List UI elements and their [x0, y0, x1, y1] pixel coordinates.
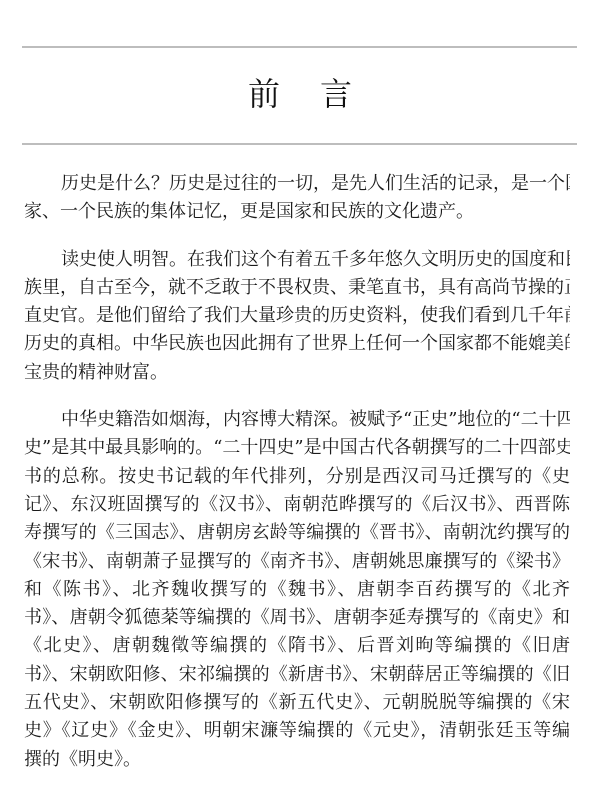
text-line: 书》、唐朝令狐德棻等编撰的《周书》、唐朝李延寿撰写的《南史》和: [24, 604, 570, 632]
text-line: 读史使人明智。在我们这个有着五千多年悠久文明历史的国度和民: [24, 246, 570, 274]
text-line: 《宋书》、南朝萧子显撰写的《南齐书》、唐朝姚思廉撰写的《梁书》: [24, 548, 570, 576]
text-line: 记》、东汉班固撰写的《汉书》、南朝范晔撰写的《后汉书》、西晋陈: [24, 491, 570, 519]
text-line: 书的总称。按史书记载的年代排列，分别是西汉司马迁撰写的《史: [24, 463, 570, 491]
text-line: 宝贵的精神财富。: [24, 359, 570, 387]
text-line: 中华史籍浩如烟海，内容博大精深。被赋予“正史”地位的“二十四: [24, 406, 570, 434]
text-line: 直史官。是他们留给了我们大量珍贵的历史资料，使我们看到几千年前: [24, 302, 570, 330]
text-line: 寿撰写的《三国志》、唐朝房玄龄等编撰的《晋书》、南朝沈约撰写的: [24, 519, 570, 547]
text-line: 书》、宋朝欧阳修、宋祁编撰的《新唐书》、宋朝薛居正等编撰的《旧: [24, 661, 570, 689]
title-char-2: 言: [320, 72, 352, 116]
paragraph-3: 中华史籍浩如烟海，内容博大精深。被赋予“正史”地位的“二十四 史”是其中最具影响…: [24, 406, 570, 774]
title-char-1: 前: [248, 72, 280, 116]
bottom-divider-rule: [22, 143, 577, 145]
text-line: 历史是什么？历史是过往的一切，是先人们生活的记录，是一个国: [24, 170, 570, 198]
paragraph-2: 读史使人明智。在我们这个有着五千多年悠久文明历史的国度和民 族里，自古至今，就不…: [24, 246, 570, 387]
text-line: 撰的《明史》。: [24, 746, 570, 774]
text-line: 史”是其中最具影响的。“二十四史”是中国古代各朝撰写的二十四部史: [24, 434, 570, 462]
text-line: 历史的真相。中华民族也因此拥有了世界上任何一个国家都不能媲美的: [24, 330, 570, 358]
paragraph-1: 历史是什么？历史是过往的一切，是先人们生活的记录，是一个国 家、一个民族的集体记…: [24, 170, 570, 227]
text-line: 族里，自古至今，就不乏敢于不畏权贵、秉笔直书，具有高尚节操的正: [24, 274, 570, 302]
top-divider-rule: [22, 46, 577, 48]
text-line: 《北史》、唐朝魏徵等编撰的《隋书》、后晋刘昫等编撰的《旧唐: [24, 632, 570, 660]
text-line: 史》《辽史》《金史》、明朝宋濂等编撰的《元史》，清朝张廷玉等编: [24, 717, 570, 745]
text-line: 家、一个民族的集体记忆，更是国家和民族的文化遗产。: [24, 198, 570, 226]
text-line: 和《陈书》、北齐魏收撰写的《魏书》、唐朝李百药撰写的《北齐: [24, 576, 570, 604]
preface-body: 历史是什么？历史是过往的一切，是先人们生活的记录，是一个国 家、一个民族的集体记…: [24, 170, 570, 793]
page-title: 前言: [0, 72, 600, 116]
text-line: 五代史》、宋朝欧阳修撰写的《新五代史》、元朝脱脱等编撰的《宋: [24, 689, 570, 717]
